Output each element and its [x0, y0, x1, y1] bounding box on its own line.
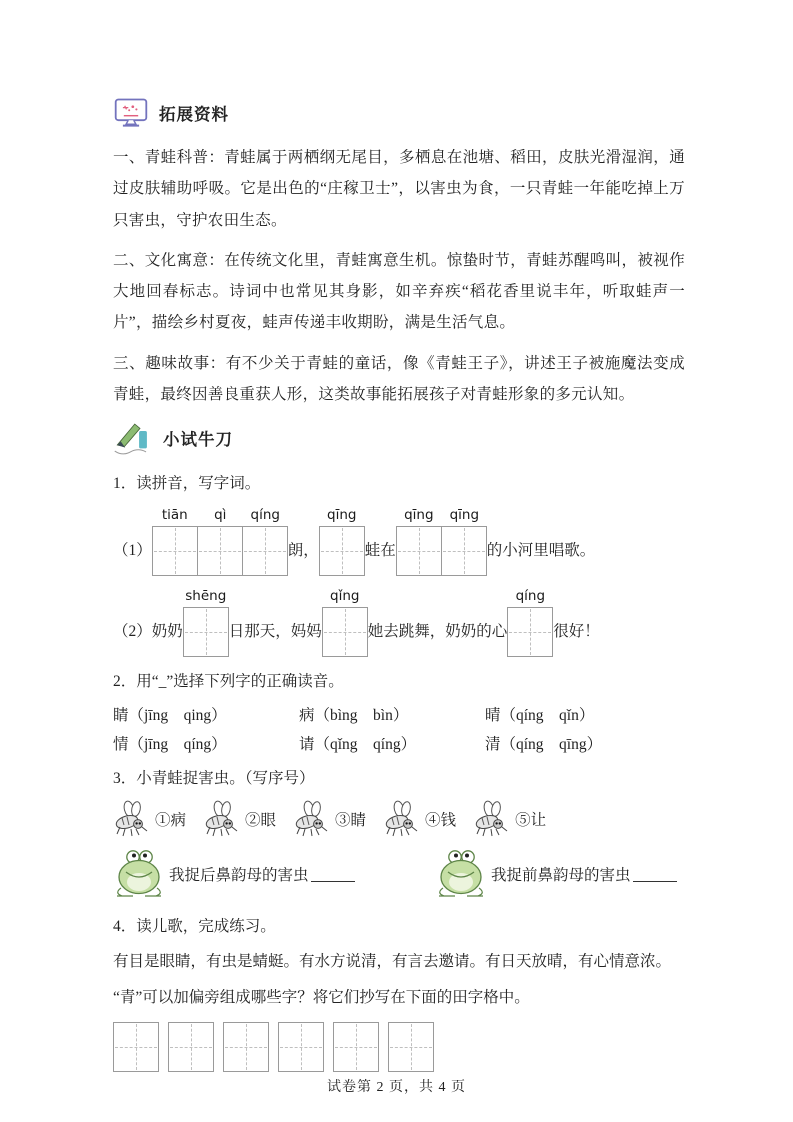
- pinyin-label: qì: [214, 505, 226, 526]
- pinyin-label: qīng: [327, 505, 356, 526]
- frog-icon: [113, 848, 167, 900]
- writing-box[interactable]: [168, 1022, 214, 1072]
- q1-row1-text-b: 蛙在: [365, 505, 396, 561]
- q1-title: 1．读拼音，写字词。: [113, 469, 685, 498]
- q1-row1-boxes-b: qīng: [319, 505, 365, 576]
- q1-row1: （1） tiān qì qíng 朗， qīng 蛙在 qīng qīng 的小…: [113, 505, 685, 576]
- q2-options-row1: 睛（jīng qing） 病（bìng bìn） 晴（qíng qǐn）: [113, 703, 685, 725]
- frog-left: 我捉后鼻韵母的害虫: [113, 848, 435, 900]
- frog-right: 我捉前鼻韵母的害虫: [435, 848, 677, 900]
- q1-row2-prefix: （2）奶奶: [113, 586, 183, 642]
- writing-box[interactable]: [396, 526, 442, 576]
- pinyin-label: qǐng: [330, 586, 359, 607]
- q1-row1-boxes-a: tiān qì qíng: [152, 505, 288, 576]
- fly-icon: [113, 800, 153, 838]
- answer-blank[interactable]: [633, 866, 677, 882]
- q4-copy-grid: [113, 1022, 685, 1072]
- materials-paragraph-3: 三、趣味故事：有不少关于青蛙的童话，像《青蛙王子》，讲述王子被施魔法变成青蛙，最…: [113, 348, 685, 411]
- fly-label[interactable]: ②眼: [245, 808, 276, 830]
- q1-row1-text-a: 朗，: [288, 505, 319, 561]
- writing-box[interactable]: [388, 1022, 434, 1072]
- frog-right-text: 我捉前鼻韵母的害虫: [491, 863, 631, 885]
- fly-label[interactable]: ⑤让: [515, 808, 546, 830]
- q4-rhyme: 有目是眼睛，有虫是蜻蜓。有水方说清，有言去邀请。有日天放晴，有心情意浓。: [113, 947, 685, 976]
- writing-box[interactable]: [322, 607, 368, 657]
- pronunciation-option[interactable]: 请（qǐng qíng）: [299, 732, 485, 754]
- practice-header: 小试牛刀: [113, 419, 685, 457]
- writing-box[interactable]: [441, 526, 487, 576]
- pen-icon: [113, 419, 153, 457]
- pinyin-label: qíng: [516, 586, 545, 607]
- writing-box[interactable]: [197, 526, 243, 576]
- q3-frogs-row: 我捉后鼻韵母的害虫 我捉前鼻韵母的害虫: [113, 848, 685, 900]
- q1-row2-boxes-c: qíng: [507, 586, 553, 657]
- q1-row2-text-c: 很好！: [553, 586, 600, 642]
- fly-label[interactable]: ①病: [155, 808, 186, 830]
- fly-label[interactable]: ③睛: [335, 808, 366, 830]
- fly-option: ②眼: [203, 800, 276, 838]
- writing-box[interactable]: [183, 607, 229, 657]
- writing-box[interactable]: [242, 526, 288, 576]
- pronunciation-option[interactable]: 病（bìng bìn）: [299, 703, 485, 725]
- q1-row1-boxes-c: qīng qīng: [396, 505, 487, 576]
- pinyin-label: shēng: [185, 586, 226, 607]
- fly-option: ①病: [113, 800, 186, 838]
- worksheet-page: 拓展资料 一、青蛙科普：青蛙属于两栖纲无尾目，多栖息在池塘、稻田，皮肤光滑湿润，…: [0, 0, 793, 1122]
- q1-row2-text-a: 日那天，妈妈: [229, 586, 322, 642]
- q1-row1-prefix: （1）: [113, 505, 152, 561]
- pinyin-label: qíng: [251, 505, 280, 526]
- materials-title: 拓展资料: [159, 101, 229, 125]
- q4-prompt: “青”可以加偏旁组成哪些字？将它们抄写在下面的田字格中。: [113, 983, 685, 1012]
- frog-left-text: 我捉后鼻韵母的害虫: [169, 863, 309, 885]
- writing-box[interactable]: [278, 1022, 324, 1072]
- q2-title: 2．用“_”选择下列字的正确读音。: [113, 667, 685, 696]
- fly-icon: [473, 800, 513, 838]
- q1-row2-boxes-a: shēng: [183, 586, 229, 657]
- fly-icon: [383, 800, 423, 838]
- writing-box[interactable]: [507, 607, 553, 657]
- pronunciation-option[interactable]: 睛（jīng qing）: [113, 703, 299, 725]
- q1-row2-text-b: 她去跳舞，奶奶的心: [368, 586, 508, 642]
- materials-header: 拓展资料: [113, 96, 685, 130]
- frog-icon: [435, 848, 489, 900]
- worksheet-content: 拓展资料 一、青蛙科普：青蛙属于两栖纲无尾目，多栖息在池塘、稻田，皮肤光滑湿润，…: [113, 96, 685, 1072]
- fly-option: ③睛: [293, 800, 366, 838]
- q1-row2: （2）奶奶 shēng 日那天，妈妈 qǐng 她去跳舞，奶奶的心 qíng 很…: [113, 586, 685, 657]
- fly-icon: [293, 800, 333, 838]
- fly-option: ⑤让: [473, 800, 546, 838]
- materials-paragraph-1: 一、青蛙科普：青蛙属于两栖纲无尾目，多栖息在池塘、稻田，皮肤光滑湿润，通过皮肤辅…: [113, 142, 685, 236]
- writing-box[interactable]: [333, 1022, 379, 1072]
- q3-flies-row: ①病 ②眼: [113, 800, 685, 838]
- pronunciation-option[interactable]: 情（jīng qíng）: [113, 732, 299, 754]
- writing-box[interactable]: [152, 526, 198, 576]
- q3-title: 3．小青蛙捉害虫。（写序号）: [113, 764, 685, 793]
- answer-blank[interactable]: [311, 866, 355, 882]
- materials-paragraph-2: 二、文化寓意：在传统文化里，青蛙寓意生机。惊蛰时节，青蛙苏醒鸣叫，被视作大地回春…: [113, 245, 685, 339]
- pinyin-label: qīng: [404, 505, 433, 526]
- fly-label[interactable]: ④钱: [425, 808, 456, 830]
- pronunciation-option[interactable]: 清（qíng qīng）: [485, 732, 602, 754]
- q1-row1-text-c: 的小河里唱歌。: [487, 505, 596, 561]
- monitor-sparkle-icon: [113, 96, 149, 130]
- fly-icon: [203, 800, 243, 838]
- page-footer: 试卷第 2 页，共 4 页: [0, 1076, 793, 1096]
- q1-row2-boxes-b: qǐng: [322, 586, 368, 657]
- fly-option: ④钱: [383, 800, 456, 838]
- writing-box[interactable]: [319, 526, 365, 576]
- q4-title: 4．读儿歌，完成练习。: [113, 912, 685, 941]
- writing-box[interactable]: [113, 1022, 159, 1072]
- pinyin-label: qīng: [450, 505, 479, 526]
- practice-title: 小试牛刀: [163, 426, 233, 450]
- writing-box[interactable]: [223, 1022, 269, 1072]
- pronunciation-option[interactable]: 晴（qíng qǐn）: [485, 703, 594, 725]
- q2-options-row2: 情（jīng qíng） 请（qǐng qíng） 清（qíng qīng）: [113, 732, 685, 754]
- pinyin-label: tiān: [162, 505, 188, 526]
